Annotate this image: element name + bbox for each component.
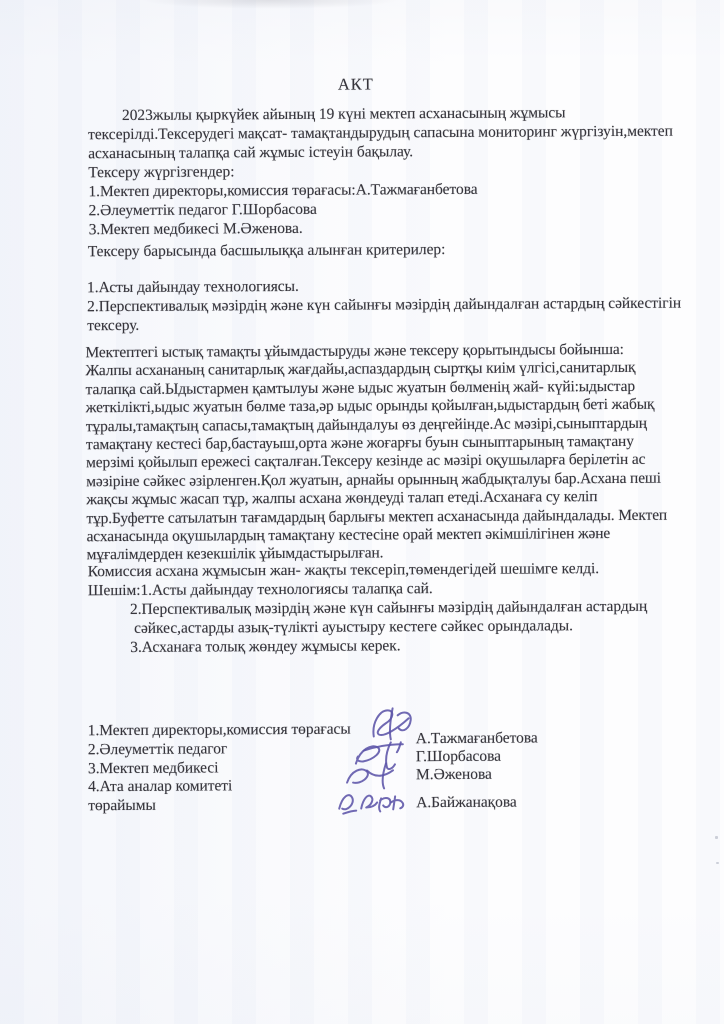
document-title: АКТ (0, 72, 712, 95)
signature-role: 1.Мектеп директоры,комиссия төрағасы (88, 721, 351, 741)
signatory-name: Г.Шорбасова (416, 748, 538, 767)
decision-line: Комиссия асхана жұмысын жан- жақты тексе… (88, 559, 647, 581)
signature-role: 4.Ата аналар комитеті (88, 777, 351, 797)
intro-paragraph: 2023жылы қыркүйек айының 19 күні мектеп … (88, 103, 674, 240)
signatory-name: А.Тажмағанбетова (416, 729, 538, 748)
criteria-item: тексеру. (87, 313, 681, 336)
signature-4-icon (334, 786, 410, 818)
inspector-item: 3.Мектеп медбикесі М.Әженова. (89, 217, 674, 240)
signatory-name: М.Әженова (416, 766, 538, 785)
criteria-list: 1.Асты дайындау технологиясы. 2.Перспект… (87, 275, 681, 336)
criteria-heading: Тексеру барысында басшылыққа алынған кри… (88, 240, 446, 261)
signature-role: төрайымы (88, 796, 351, 816)
signature-roles: 1.Мектеп директоры,комиссия төрағасы 2.Ә… (88, 721, 352, 817)
criteria-item: 2.Перспективалық мәзірдің және күн сайын… (87, 294, 681, 317)
document-page: АКТ 2023жылы қыркүйек айының 19 күні мек… (0, 0, 724, 1024)
signatory-name: А.Байжанақова (416, 793, 538, 812)
signature-role: 3.Мектеп медбикесі (88, 758, 351, 778)
document-content: АКТ 2023жылы қыркүйек айының 19 күні мек… (0, 0, 724, 1024)
signature-role: 2.Әлеуметтік педагог (88, 739, 351, 759)
signatory-names: А.Тажмағанбетова Г.Шорбасова М.Әженова А… (416, 729, 538, 812)
signature-ink-4 (334, 786, 410, 818)
decision-paragraph: Комиссия асхана жұмысын жан- жақты тексе… (88, 559, 648, 657)
decision-item: 3.Асханаға толық жөндеу жұмысы керек. (88, 635, 647, 657)
decision-item: сәйкес,астарды азық-түлікті ауыстыру кес… (88, 616, 647, 638)
intro-line: тексерілді.Тексерудегі мақсат- тамақтанд… (88, 122, 673, 145)
findings-paragraph: Мектептегі ыстық тамақты ұйымдастыруды ж… (85, 341, 667, 565)
